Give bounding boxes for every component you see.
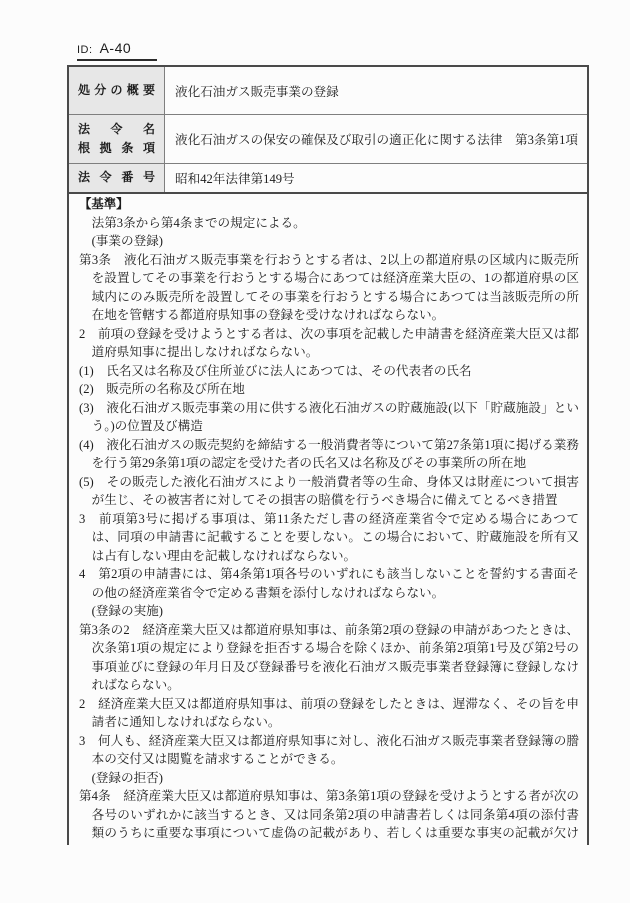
document-id-underline: ID:A-40 — [77, 40, 157, 61]
legal-paragraph: 第3条の2 経済産業大臣又は都道府県知事は、前条第2項の登録の申請があつたときは… — [79, 621, 579, 695]
table-row-law-name: 法令名 根拠条項 液化石油ガスの保安の確保及び取引の適正化に関する法律 第3条第… — [68, 114, 588, 163]
legal-paragraph: 第3条 液化石油ガス販売事業を行おうとする者は、2以上の都道府県の区域内に販売所… — [79, 251, 579, 325]
summary-table: 処分の概要 液化石油ガス販売事業の登録 法令名 根拠条項 液化石油ガスの保安の確… — [67, 65, 589, 194]
value-cell-law-name: 液化石油ガスの保安の確保及び取引の適正化に関する法律 第3条第1項 — [165, 114, 589, 163]
legal-paragraph: 法第3条から第4条までの規定による。 — [79, 214, 579, 233]
label-cell-law-name: 法令名 根拠条項 — [68, 114, 165, 163]
standards-heading: 【基準】 — [79, 195, 579, 214]
legal-paragraph: (5) その販売した液化石油ガスにより一般消費者等の生命、身体又は財産について損… — [79, 473, 579, 510]
legal-paragraph: (1) 氏名又は名称及び住所並びに法人にあつては、その代表者の氏名 — [79, 362, 579, 381]
label-cell-disposition-summary: 処分の概要 — [68, 66, 165, 114]
legal-paragraph: 3 何人も、経済産業大臣又は都道府県知事に対し、液化石油ガス販売事業者登録簿の謄… — [79, 732, 579, 769]
label-text-line1: 法令名 — [78, 120, 155, 139]
legal-paragraph: (3) 液化石油ガス販売事業の用に供する液化石油ガスの貯蔵施設(以下「貯蔵施設」… — [79, 399, 579, 436]
document-id-label: ID: — [77, 44, 93, 56]
table-row-law-number: 法令番号 昭和42年法律第149号 — [68, 163, 588, 193]
legal-paragraph: (事業の登録) — [79, 232, 579, 251]
document-id-line: ID:A-40 — [77, 40, 157, 61]
document-id-value: A-40 — [100, 40, 132, 56]
legal-paragraph: (2) 販売所の名称及び所在地 — [79, 380, 579, 399]
legal-paragraph: 第4条 経済産業大臣又は都道府県知事は、第3条第1項の登録を受けようとする者が次… — [79, 787, 579, 845]
label-text: 法令番号 — [78, 168, 155, 187]
label-cell-law-number: 法令番号 — [68, 163, 165, 193]
standards-section: 【基準】法第3条から第4条までの規定による。(事業の登録)第3条 液化石油ガス販… — [67, 192, 589, 845]
legal-paragraph: 2 経済産業大臣又は都道府県知事は、前項の登録をしたときは、遅滞なく、その旨を申… — [79, 695, 579, 732]
legal-paragraph: (登録の実施) — [79, 602, 579, 621]
label-text: 処分の概要 — [78, 81, 155, 100]
value-cell-law-number: 昭和42年法律第149号 — [165, 163, 589, 193]
label-text-line2: 根拠条項 — [78, 139, 155, 158]
legal-paragraph: 4 第2項の申請書には、第4条第1項各号のいずれにも該当しないことを誓約する書面… — [79, 565, 579, 602]
table-row-disposition-summary: 処分の概要 液化石油ガス販売事業の登録 — [68, 66, 588, 114]
legal-paragraph: 2 前項の登録を受けようとする者は、次の事項を記載した申請書を経済産業大臣又は都… — [79, 325, 579, 362]
legal-paragraph: 3 前項第3号に掲げる事項は、第11条ただし書の経済産業省令で定める場合にあつて… — [79, 510, 579, 566]
value-cell-disposition-summary: 液化石油ガス販売事業の登録 — [165, 66, 589, 114]
legal-paragraph: (登録の拒否) — [79, 769, 579, 788]
document-page: ID:A-40 処分の概要 液化石油ガス販売事業の登録 法令名 根拠条項 液化石… — [0, 0, 630, 903]
legal-paragraph: (4) 液化石油ガスの販売契約を締結する一般消費者等について第27条第1項に掲げ… — [79, 436, 579, 473]
